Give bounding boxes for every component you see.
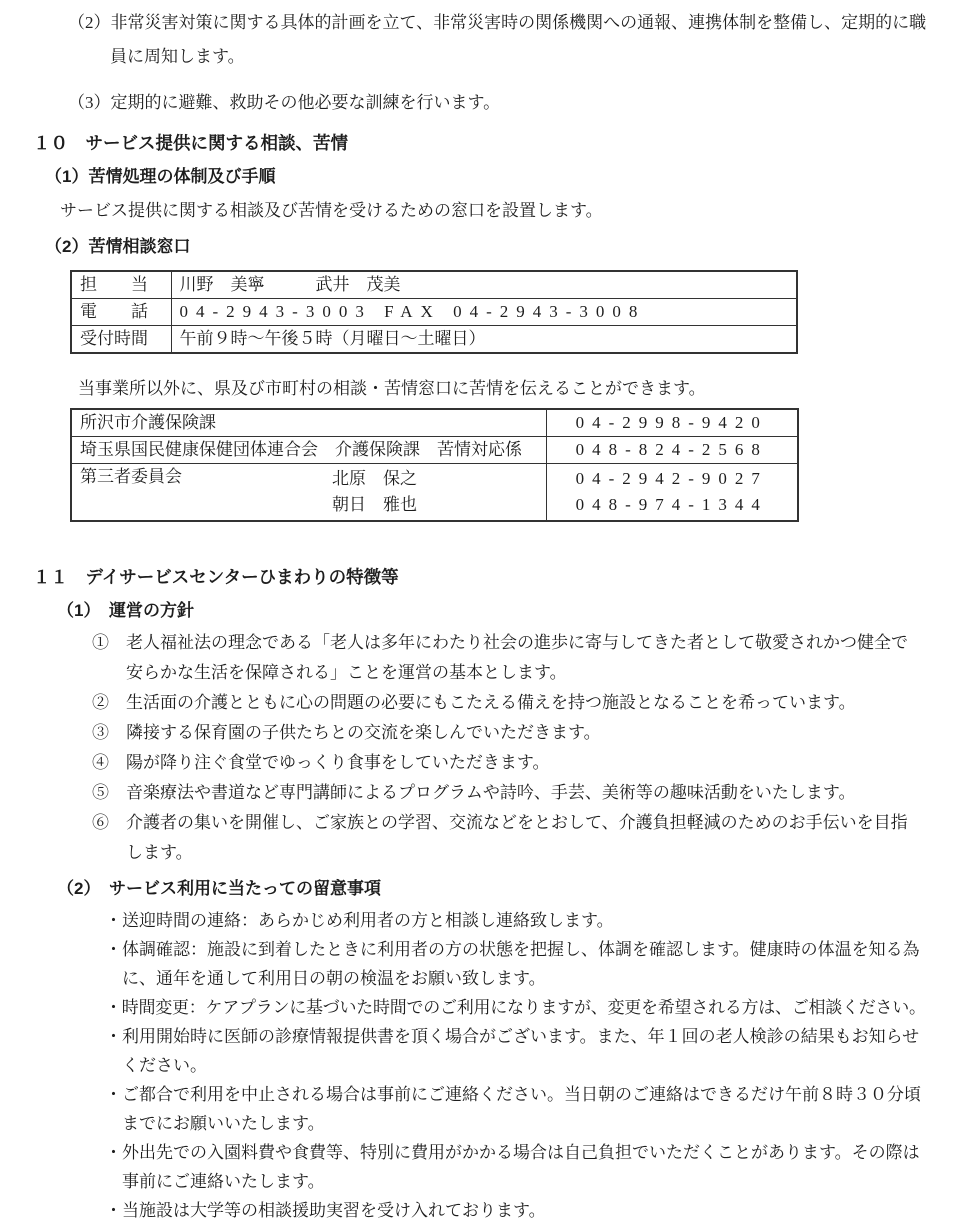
section-11-1-heading: （1） 運営の方針	[57, 596, 930, 626]
document-page: （2）非常災害対策に関する具体的計画を立て、非常災害時の関係機関への通報、連携体…	[0, 0, 960, 1224]
policy-item-5: ⑤ 音楽療法や書道など専門講師によるプログラムや詩吟、手芸、美術等の趣味活動をい…	[30, 778, 916, 808]
section-10-2-heading: （2）苦情相談窓口	[45, 232, 930, 262]
policy-item-1: ① 老人福祉法の理念である「老人は多年にわたり社会の進歩に寄与してきた者として敬…	[30, 628, 916, 688]
note-extra-costs: ・外出先での入園料費や食費等、特別に費用がかかる場合は自己負担でいただくことがあ…	[30, 1138, 930, 1196]
section-10-heading: １０ サービス提供に関する相談、苦情	[33, 128, 930, 158]
note-health-check: ・体調確認：施設に到着したときに利用者の方の状態を把握し、体調を確認します。健康…	[30, 935, 930, 993]
phone-cell: 048-824-2568	[546, 437, 798, 464]
member-name: 朝日 雅也	[332, 492, 417, 518]
complaint-contact-table: 担 当 川野 美寧 武井 茂美 電 話 04-2943-3003 FAX 04-…	[70, 270, 798, 354]
committee-members: 北原 保之 朝日 雅也	[332, 466, 417, 518]
note-training-acceptance: ・当施設は大学等の相談援助実習を受け入れております。	[30, 1196, 930, 1224]
note-time-change: ・時間変更：ケアプランに基づいた時間でのご利用になりますが、変更を希望される方は…	[30, 993, 930, 1022]
org-cell: 所沢市介護保険課	[71, 409, 546, 437]
list-item-disaster-plan: （2）非常災害対策に関する具体的計画を立て、非常災害時の関係機関への通報、連携体…	[30, 6, 930, 74]
external-complaint-note: 当事業所以外に、県及び市町村の相談・苦情窓口に苦情を伝えることができます。	[78, 374, 930, 404]
member-name: 北原 保之	[332, 466, 417, 492]
phone-number: 048-974-1344	[555, 492, 790, 518]
org-cell: 埼玉県国民健康保健団体連合会 介護保険課 苦情対応係	[71, 437, 546, 464]
contact-label: 担 当	[71, 271, 171, 299]
committee-name: 第三者委員会	[80, 466, 182, 488]
hours-value: 午前９時～午後５時（月曜日～土曜日）	[171, 326, 797, 354]
phone-cell: 04-2998-9420	[546, 409, 798, 437]
policy-item-4: ④ 陽が降り注ぐ食堂でゆっくり食事をしていただきます。	[30, 748, 916, 778]
section-10-1-body: サービス提供に関する相談及び苦情を受けるための窓口を設置します。	[60, 194, 930, 228]
section-11-2-heading: （2） サービス利用に当たっての留意事項	[57, 874, 930, 904]
usage-notes-list: ・送迎時間の連絡：あらかじめ利用者の方と相談し連絡致します。 ・体調確認：施設に…	[30, 906, 930, 1224]
section-11-heading: １１ デイサービスセンターひまわりの特徴等	[33, 562, 930, 592]
hours-label: 受付時間	[71, 326, 171, 354]
list-item-drill: （3）定期的に避難、救助その他必要な訓練を行います。	[30, 86, 930, 120]
table-row: 埼玉県国民健康保健団体連合会 介護保険課 苦情対応係 048-824-2568	[71, 437, 798, 464]
note-cancellation: ・ご都合で利用を中止される場合は事前にご連絡ください。当日朝のご連絡はできるだけ…	[30, 1080, 930, 1138]
policy-item-6: ⑥ 介護者の集いを開催し、ご家族との学習、交流などをとおして、介護負担軽減のため…	[30, 808, 916, 868]
phone-label: 電 話	[71, 299, 171, 326]
table-row: 電 話 04-2943-3003 FAX 04-2943-3008	[71, 299, 797, 326]
policy-item-2: ② 生活面の介護とともに心の問題の必要にもこたえる備えを持つ施設となることを希っ…	[30, 688, 916, 718]
contact-value: 川野 美寧 武井 茂美	[171, 271, 797, 299]
phone-value: 04-2943-3003 FAX 04-2943-3008	[171, 299, 797, 326]
table-row: 第三者委員会 北原 保之 朝日 雅也 04-2942-9027 048-974-…	[71, 464, 798, 522]
org-cell: 第三者委員会 北原 保之 朝日 雅也	[71, 464, 546, 522]
table-row: 受付時間 午前９時～午後５時（月曜日～土曜日）	[71, 326, 797, 354]
table-row: 所沢市介護保険課 04-2998-9420	[71, 409, 798, 437]
external-complaint-table: 所沢市介護保険課 04-2998-9420 埼玉県国民健康保健団体連合会 介護保…	[70, 408, 799, 522]
phone-cell: 04-2942-9027 048-974-1344	[546, 464, 798, 522]
table-row: 担 当 川野 美寧 武井 茂美	[71, 271, 797, 299]
note-medical-info: ・利用開始時に医師の診療情報提供書を頂く場合がございます。また、年１回の老人検診…	[30, 1022, 930, 1080]
policy-list: ① 老人福祉法の理念である「老人は多年にわたり社会の進歩に寄与してきた者として敬…	[30, 628, 930, 868]
policy-item-3: ③ 隣接する保育園の子供たちとの交流を楽しんでいただきます。	[30, 718, 916, 748]
phone-number: 04-2942-9027	[555, 466, 790, 492]
section-10-1-heading: （1）苦情処理の体制及び手順	[45, 162, 930, 192]
note-pickup-time: ・送迎時間の連絡：あらかじめ利用者の方と相談し連絡致します。	[30, 906, 930, 935]
